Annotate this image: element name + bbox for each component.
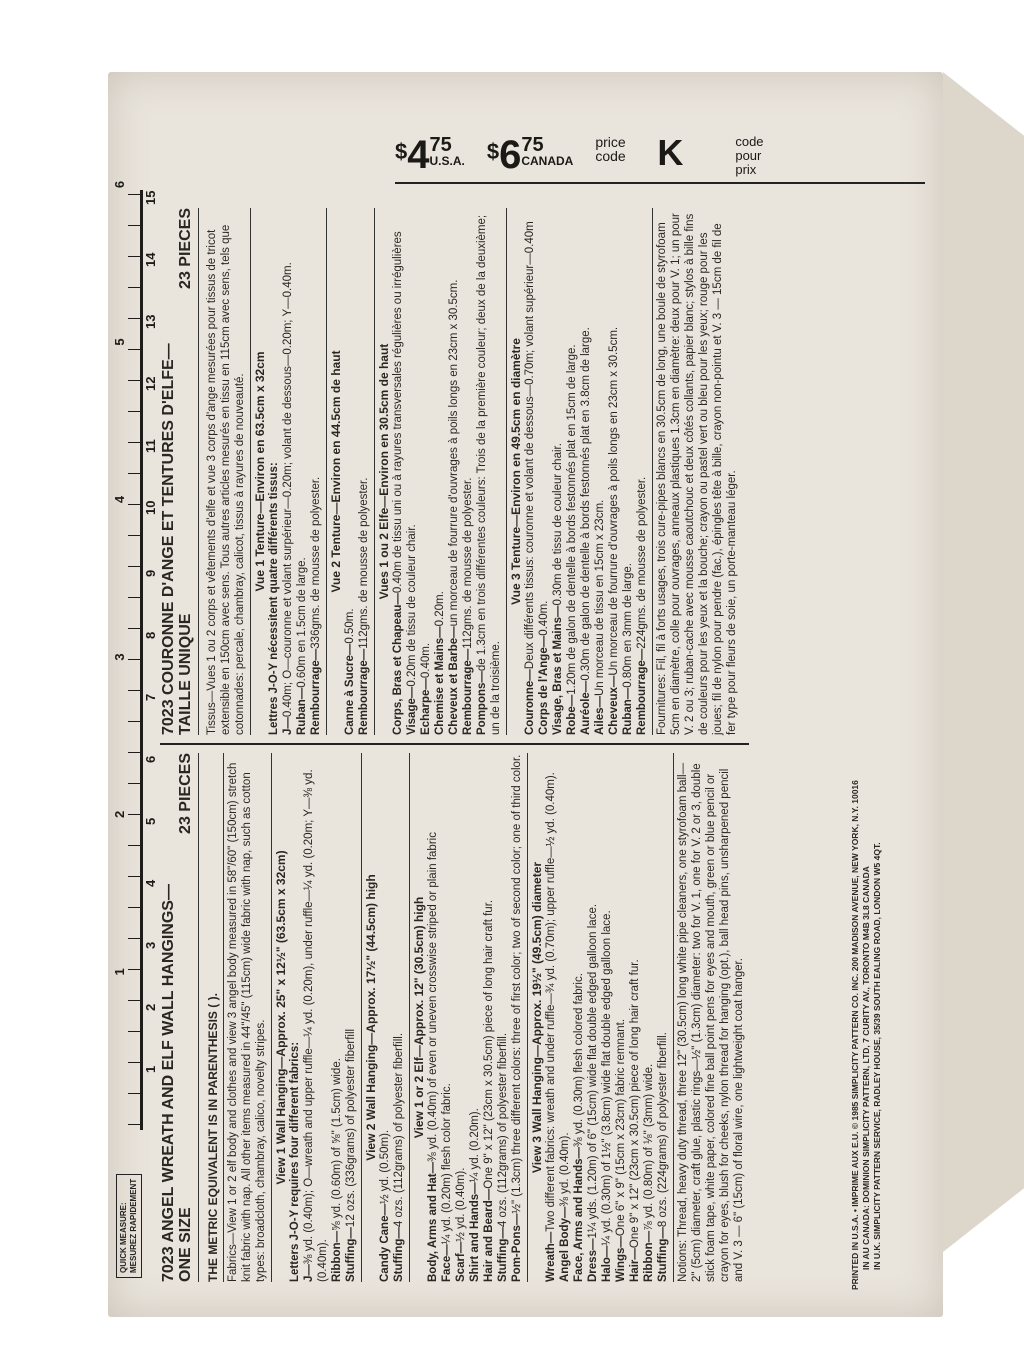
notions-text: Notions: Thread, heavy duty thread, thre… <box>674 753 749 1282</box>
material-line: Candy Cane—½ yd. (0.50m). <box>378 753 392 1282</box>
ruler-tick <box>128 969 140 970</box>
cm-mark: 7 <box>143 694 158 701</box>
material-line: Shirt and Hands—¼ yd. (0.20m). <box>468 753 482 1282</box>
material-line: Robe—1.20m de galon de dentelle à bords … <box>565 208 579 735</box>
ruler-tick <box>128 194 140 195</box>
quick-measure-label: QUICK MEASURE: MESUREZ RAPIDEMENT <box>116 1174 142 1278</box>
french-column: 7023 COURONNE D'ANGE ET TENTURES D'ELFE—… <box>160 200 749 745</box>
materials-section: Vue 3 Tenture—Environ en 49.5cm en diamè… <box>507 208 653 735</box>
price-usa: $4 75U.S.A. <box>395 135 465 175</box>
inch-mark: 3 <box>112 653 127 660</box>
material-line: Visage, Bras et Mains—0.30m de tissu de … <box>551 208 565 735</box>
material-line: Stuffing—4 ozs. (112grams) of polyester … <box>392 753 406 1282</box>
material-line: Rembourrage—112gms. de mousse de polyest… <box>461 208 475 735</box>
material-line: Cheveux—Un morceau de fourrure d'ouvrage… <box>607 208 621 735</box>
french-sections: Vue 1 Tenture—Environ en 63.5cm x 32cmLe… <box>251 208 653 735</box>
ruler-tick <box>128 442 140 443</box>
material-line: Stuffing—4 ozs. (112grams) of polyester … <box>496 753 510 1282</box>
cm-mark: 10 <box>143 501 158 515</box>
ruler-tick <box>128 628 140 629</box>
section-title: Vue 3 Tenture—Environ en 49.5cm en diamè… <box>509 208 523 735</box>
quick-measure-ruler: QUICK MEASURE: MESUREZ RAPIDEMENT 123456… <box>110 190 158 1290</box>
material-line: Visage—0.20m de tissu de couleur chair. <box>405 208 419 735</box>
ruler-tick <box>128 318 140 319</box>
price-canada: $6 75CANADA <box>487 135 574 175</box>
ruler-tick <box>128 256 140 257</box>
ruler-tick <box>128 597 140 598</box>
ruler-tick <box>128 845 140 846</box>
material-line: Scarf—½ yd. (0.40m). <box>454 753 468 1282</box>
fabrics-text: Fabrics—View 1 or 2 elf body and clothes… <box>224 753 272 1282</box>
cm-mark: 12 <box>143 377 158 391</box>
cm-mark: 6 <box>143 756 158 763</box>
material-line: Cheveux et Barbe—un morceau de fourrure … <box>447 208 461 735</box>
material-line: Auréole—0.30m de galon de dentelle à bor… <box>579 208 593 735</box>
material-line: Ribbon—⅞ yd. (0.80m) of ⅛" (3mm) wide. <box>642 753 656 1282</box>
material-line: Body, Arms and Hat—⅜ yd. (0.40m) of even… <box>426 753 440 1282</box>
material-line: J—⅜ yd. (0.40m); O—wreath and upper ruff… <box>302 753 330 1282</box>
ruler-tick <box>128 473 140 474</box>
ruler-tick <box>128 1093 140 1094</box>
materials-section: View 3 Wall Hanging—Approx. 19½" (49.5cm… <box>528 753 674 1282</box>
inch-mark: 4 <box>112 496 127 503</box>
ruler-tick <box>128 566 140 567</box>
material-line: Corps de l'Ange—0.40m. <box>537 208 551 735</box>
ruler-tick <box>128 721 140 722</box>
cm-mark: 3 <box>143 942 158 949</box>
ruler-tick <box>128 907 140 908</box>
material-line: Chemise et Mains—0.20m. <box>433 208 447 735</box>
section-title: View 1 or 2 Elf—Approx. 12" (30.5cm) hig… <box>412 753 426 1282</box>
ruler-tick <box>128 690 140 691</box>
ruler-tick <box>128 287 140 288</box>
material-line: Stuffing—12 ozs. (336grams) of polyester… <box>344 753 358 1282</box>
material-line: Lettres J-O-Y nécessitent quatre différe… <box>267 208 281 735</box>
cm-mark: 15 <box>143 191 158 205</box>
material-line: Ruban—0.80m en 3mm de large. <box>621 208 635 735</box>
cm-mark: 9 <box>143 570 158 577</box>
section-title: Vue 1 Tenture—Environ en 63.5cm x 32cm <box>253 208 267 735</box>
cm-mark: 11 <box>143 439 158 453</box>
cm-mark: 13 <box>143 315 158 329</box>
ruler-tick <box>128 411 140 412</box>
ruler-tick <box>128 1000 140 1001</box>
imprint: PRINTED IN U.S.A. • IMPRIME AUX E.U. © 1… <box>850 190 883 1290</box>
price-block: $4 75U.S.A. $6 75CANADA price code K cod… <box>395 135 775 177</box>
french-price-code-label: code pour prix <box>735 135 775 177</box>
ruler-tick <box>128 938 140 939</box>
materials-section: Vues 1 ou 2 Elfe—Environ en 30.5cm de ha… <box>375 208 507 735</box>
material-line: Angel Body—⅜ yd. (0.40m). <box>558 753 572 1282</box>
ruler-tick <box>128 1031 140 1032</box>
ruler-tick <box>128 814 140 815</box>
english-title: 7023 ANGEL WREATH AND ELF WALL HANGINGS—… <box>160 753 199 1282</box>
section-title: Vue 2 Tenture—Environ en 44.5cm de haut <box>329 208 343 735</box>
cm-mark: 2 <box>143 1004 158 1011</box>
material-line: Rembourrage—112gms. de mousse de polyest… <box>357 208 371 735</box>
french-title: 7023 COURONNE D'ANGE ET TENTURES D'ELFE—… <box>160 208 199 735</box>
material-line: Wings—One 6" x 9" (15cm x 23cm) fabric r… <box>614 753 628 1282</box>
ruler-tick <box>128 1062 140 1063</box>
cm-mark: 14 <box>143 253 158 267</box>
ruler-tick <box>128 504 140 505</box>
material-line: Corps, Bras et Chapeau—0.40m de tissu un… <box>391 208 405 735</box>
ruler-tick <box>128 225 140 226</box>
section-title: Vues 1 ou 2 Elfe—Environ en 30.5cm de ha… <box>377 208 391 735</box>
inch-mark: 5 <box>112 338 127 345</box>
ruler-line <box>140 190 143 1130</box>
material-line: Halo—¼ yd. (0.30m) of 1½" (3.8cm) wide f… <box>600 753 614 1282</box>
inch-mark: 6 <box>112 181 127 188</box>
inch-mark: 2 <box>112 811 127 818</box>
material-line: Ruban—0.60m en 1.5cm de large. <box>295 208 309 735</box>
section-title: View 3 Wall Hanging—Approx. 19½" (49.5cm… <box>530 753 544 1282</box>
section-title: View 2 Wall Hanging—Approx. 17½" (44.5cm… <box>364 753 378 1282</box>
material-line: Dress—1¼ yds. (1.20m) of 6" (15cm) wide … <box>586 753 600 1282</box>
material-line: Hair—One 9" x 12" (23cm x 30.5cm) piece … <box>628 753 642 1282</box>
ruler-tick <box>128 535 140 536</box>
ruler-tick <box>128 659 140 660</box>
ruler-tick <box>128 349 140 350</box>
material-line: Wreath—Two different fabrics: wreath and… <box>544 753 558 1282</box>
material-line: Face, Arms and Hands—⅜ yd. (0.30m) flesh… <box>572 753 586 1282</box>
ruler-tick <box>128 783 140 784</box>
material-line: Echarpe—0.40m. <box>419 208 433 735</box>
material-line: Pompons—de 1.3cm en trois différentes co… <box>475 208 503 735</box>
ruler-tick <box>128 752 140 753</box>
price-code-label: price code <box>595 135 635 163</box>
cm-mark: 5 <box>143 818 158 825</box>
material-line: Ailes—Un morceau de tissu en 15cm x 23cm… <box>593 208 607 735</box>
materials-section: Vue 1 Tenture—Environ en 63.5cm x 32cmLe… <box>251 208 327 735</box>
ruler-tick <box>128 380 140 381</box>
tissus-text: Tissus—Vues 1 ou 2 corps et vêtements d'… <box>203 208 251 735</box>
material-line: Pom-Pons—½" (1.3cm) three different colo… <box>510 753 524 1282</box>
material-line: Stuffing—8 ozs. (224grams) of polyester … <box>656 753 670 1282</box>
cm-mark: 1 <box>143 1066 158 1073</box>
material-line: Letters J-O-Y requires four different fa… <box>288 753 302 1282</box>
ruler-tick <box>128 876 140 877</box>
rotated-content: QUICK MEASURE: MESUREZ RAPIDEMENT 123456… <box>160 190 920 1290</box>
envelope-flap <box>943 72 1024 1252</box>
cm-mark: 8 <box>143 632 158 639</box>
materials-section: Vue 2 Tenture—Environ en 44.5cm de hautC… <box>327 208 375 735</box>
materials-section: View 1 Wall Hanging—Approx. 25" x 12½" (… <box>272 753 362 1282</box>
material-line: Rembourrage—224gms. de mousse de polyest… <box>635 208 649 735</box>
material-line: Face—¼ yd. (0.20m) flesh color fabric. <box>440 753 454 1282</box>
english-sections: View 1 Wall Hanging—Approx. 25" x 12½" (… <box>272 753 674 1282</box>
material-line: Canne à Sucre—0.50m. <box>343 208 357 735</box>
ruler-tick <box>128 1124 140 1125</box>
material-line: Rembourrage—336gms. de mousse de polyest… <box>309 208 323 735</box>
english-column: 7023 ANGEL WREATH AND ELF WALL HANGINGS—… <box>160 745 749 1290</box>
material-line: Couronne—Deux différents tissus: couronn… <box>523 208 537 735</box>
metric-note: THE METRIC EQUIVALENT IS IN PARENTHESIS … <box>203 753 224 1282</box>
inch-mark: 1 <box>112 968 127 975</box>
materials-section: View 2 Wall Hanging—Approx. 17½" (44.5cm… <box>362 753 410 1282</box>
material-line: Ribbon—⅝ yd. (0.60m) of ⅝" (1.5cm) wide. <box>330 753 344 1282</box>
material-line: Hair and Beard—One 9" x 12" (23cm x 30.5… <box>482 753 496 1282</box>
section-title: View 1 Wall Hanging—Approx. 25" x 12½" (… <box>274 753 288 1282</box>
material-line: J—0.40m; O—couronne et volant surpérieur… <box>281 208 295 735</box>
price-code: K <box>657 135 683 171</box>
cm-mark: 4 <box>143 880 158 887</box>
divider <box>395 182 925 184</box>
fournitures-text: Fournitures: Fil, fil à forts usages, tr… <box>653 208 742 735</box>
materials-section: View 1 or 2 Elf—Approx. 12" (30.5cm) hig… <box>410 753 528 1282</box>
